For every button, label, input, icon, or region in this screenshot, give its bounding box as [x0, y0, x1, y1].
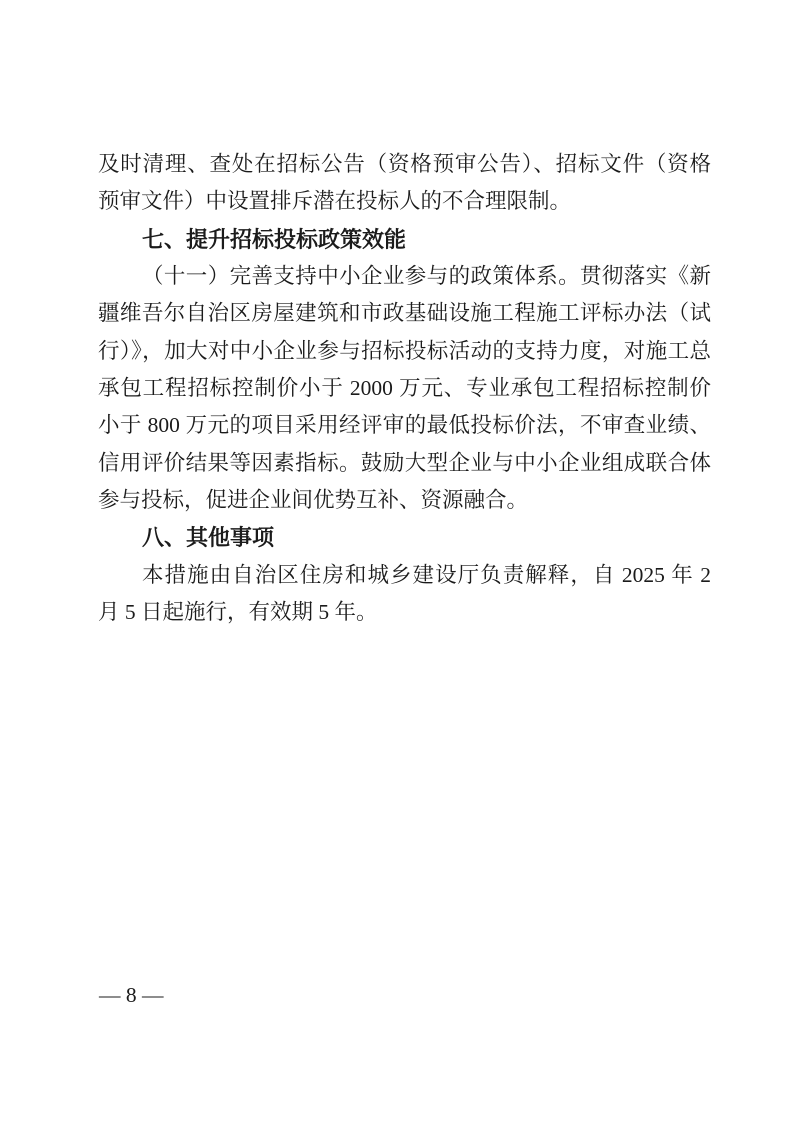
page-number: — 8 — — [99, 981, 164, 1009]
section-8-heading: 八、其他事项 — [98, 519, 711, 556]
body-text-line: 信用评价结果等因素指标。鼓励大型企业与中小企业组成联合体 — [98, 445, 711, 482]
section-7-heading: 七、提升招标投标政策效能 — [98, 221, 711, 258]
body-text-line: 预审文件）中设置排斥潜在投标人的不合理限制。 — [98, 183, 711, 220]
document-page: 及时清理、查处在招标公告（资格预审公告）、招标文件（资格 预审文件）中设置排斥潜… — [0, 0, 794, 1123]
body-text-line: 参与投标，促进企业间优势互补、资源融合。 — [98, 482, 711, 519]
body-text-line: （十一）完善支持中小企业参与的政策体系。贯彻落实《新 — [98, 258, 711, 295]
body-text-line: 承包工程招标控制价小于 2000 万元、专业承包工程招标控制价 — [98, 370, 711, 407]
body-text-line: 行）》，加大对中小企业参与招标投标活动的支持力度，对施工总 — [98, 333, 711, 370]
body-text-line: 及时清理、查处在招标公告（资格预审公告）、招标文件（资格 — [98, 146, 711, 183]
body-text-line: 疆维吾尔自治区房屋建筑和市政基础设施工程施工评标办法（试 — [98, 295, 711, 332]
body-text-line: 本措施由自治区住房和城乡建设厅负责解释，自 2025 年 2 — [98, 557, 711, 594]
body-text-line: 小于 800 万元的项目采用经评审的最低投标价法，不审查业绩、 — [98, 407, 711, 444]
body-text-line: 月 5 日起施行，有效期 5 年。 — [98, 594, 711, 631]
document-body: 及时清理、查处在招标公告（资格预审公告）、招标文件（资格 预审文件）中设置排斥潜… — [98, 146, 711, 631]
clause-11-text-start: 贯彻落实《新 — [580, 264, 711, 288]
clause-11-heading: （十一）完善支持中小企业参与的政策体系。 — [142, 264, 580, 288]
